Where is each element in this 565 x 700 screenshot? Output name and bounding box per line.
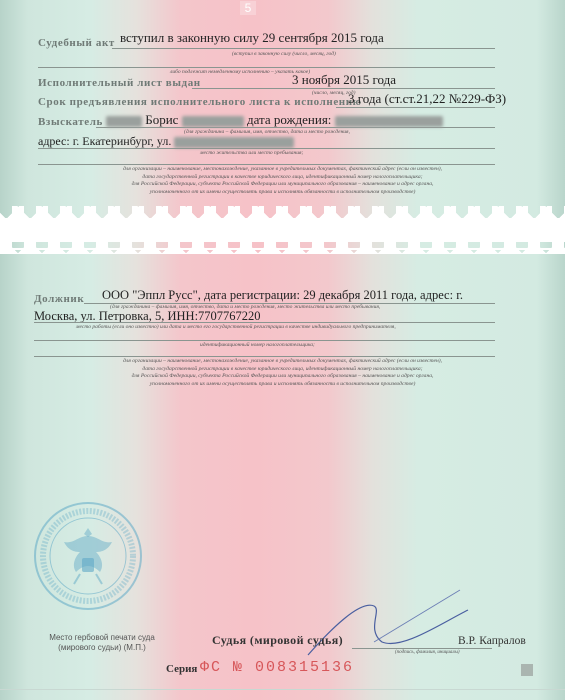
judge-label: Судья (мировой судья) <box>212 633 343 648</box>
writ-issued-line <box>192 88 495 89</box>
claimant-address-prefix: адрес: г. Екатеринбург, ул. <box>38 134 171 148</box>
omitted-gap <box>0 218 565 242</box>
redacted-dob <box>335 116 443 127</box>
seal-place-caption: Место гербовой печати суда (мирового суд… <box>42 633 162 653</box>
judicial-act-line <box>112 48 495 49</box>
claimant-value: Борис дата рождения: <box>106 112 443 128</box>
page-number: 5 <box>240 1 256 15</box>
debtor-line-2 <box>34 322 495 323</box>
court-seal-stamp <box>32 500 144 612</box>
series-number: ФС № 008315136 <box>200 659 354 676</box>
claimant-first-name: Борис <box>145 112 178 127</box>
debtor-label: Должник <box>34 293 84 305</box>
eagle-emblem-icon <box>64 528 112 584</box>
judicial-act-caption: (вступил в законную силу (число, месяц, … <box>232 51 336 57</box>
bottom-edge-line <box>0 689 565 690</box>
claimant-address-line <box>38 148 495 149</box>
debtor-caption-2: место работы (если оно известно) или дат… <box>76 324 396 330</box>
print-mark <box>521 664 533 676</box>
judicial-act-value: вступил в законную силу 29 сентября 2015… <box>120 30 384 46</box>
presentation-term-value: 3 года (ст.ст.21,22 №229-ФЗ) <box>348 91 506 107</box>
claimant-line-3 <box>38 164 495 165</box>
judicial-act-label: Судебный акт <box>38 37 115 49</box>
debtor-line-3 <box>34 340 495 341</box>
debtor-line-4 <box>34 356 495 357</box>
series-label: Серия <box>166 663 197 675</box>
claimant-label: Взыскатель <box>38 116 103 128</box>
presentation-term-label: Срок предъявления исполнительного листа … <box>38 96 362 108</box>
judicial-act-caption-2: либо подлежит немедленному исполнению – … <box>170 69 310 75</box>
claimant-note: для организации – наименование, местонах… <box>0 166 565 196</box>
judge-name: В.Р. Капралов <box>458 635 526 647</box>
debtor-note: для организации – наименование, местонах… <box>0 358 565 388</box>
presentation-term-line <box>336 107 495 108</box>
redacted-patronymic <box>182 116 244 127</box>
judicial-act-line-2 <box>38 67 495 68</box>
claimant-address: адрес: г. Екатеринбург, ул. <box>38 134 294 149</box>
redacted-surname <box>106 116 142 127</box>
debtor-value-1: ООО "Эппл Русс", дата регистрации: 29 де… <box>102 288 463 303</box>
writ-issued-value: 3 ноября 2015 года <box>292 72 396 88</box>
claimant-dob-label: дата рождения: <box>247 112 331 127</box>
judge-caption: (подпись, фамилия, инициалы) <box>395 650 460 655</box>
redacted-address <box>174 137 294 148</box>
tear-edge-bottom <box>0 240 565 254</box>
writ-issued-label: Исполнительный лист выдан <box>38 77 201 89</box>
debtor-caption-3: идентификационный номер налогоплательщик… <box>200 342 315 348</box>
judge-signature-line <box>352 648 492 649</box>
claimant-address-caption: место жительства или место пребывания; <box>200 150 303 156</box>
